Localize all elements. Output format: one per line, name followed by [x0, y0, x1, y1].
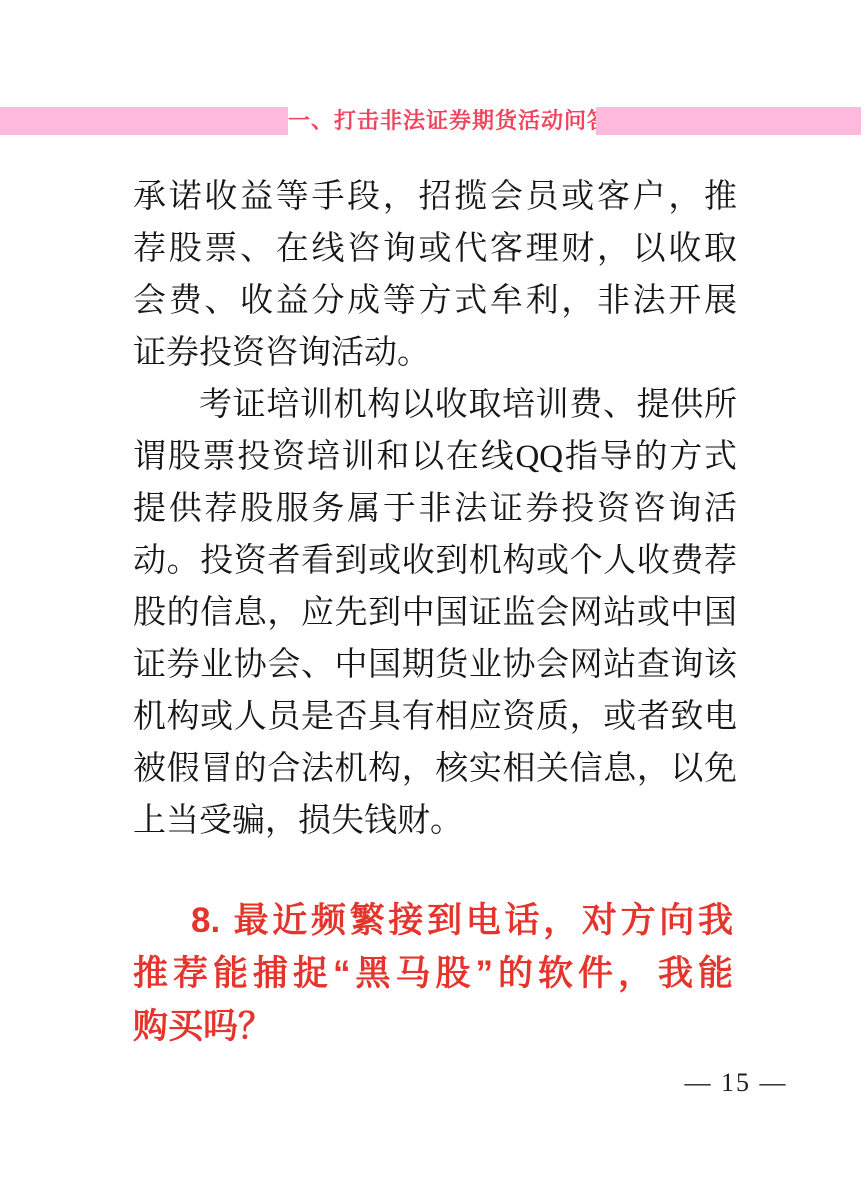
question-line: 购买吗？ — [133, 1000, 733, 1053]
body-line: 股的信息，应先到中国证监会网站或中国 — [133, 587, 737, 639]
question-heading: 8. 最近频繁接到电话，对方向我 推荐能捕捉“黑马股”的软件，我能 购买吗？ — [133, 894, 733, 1053]
document-page: 一、打击非法证券期货活动问答 承诺收益等手段，招揽会员或客户，推 荐股票、在线咨… — [0, 0, 866, 1189]
body-line: 证券业协会、中国期货业协会网站查询该 — [133, 639, 737, 691]
body-line: 上当受骗，损失钱财。 — [133, 795, 737, 847]
body-line: 证券投资咨询活动。 — [133, 327, 737, 379]
question-line: 8. 最近频繁接到电话，对方向我 — [133, 894, 733, 947]
body-line: 机构或人员是否具有相应资质，或者致电 — [133, 691, 737, 743]
body-line: 动。投资者看到或收到机构或个人收费荐 — [133, 535, 737, 587]
body-text: 承诺收益等手段，招揽会员或客户，推 荐股票、在线咨询或代客理财，以收取 会费、收… — [133, 171, 737, 847]
body-line: 考证培训机构以收取培训费、提供所 — [133, 379, 737, 431]
body-line: 荐股票、在线咨询或代客理财，以收取 — [133, 223, 737, 275]
page-number: — 15 — — [680, 1068, 792, 1098]
header-bar-right — [596, 107, 861, 135]
chapter-title: 一、打击非法证券期货活动问答 — [288, 107, 596, 135]
chapter-header: 一、打击非法证券期货活动问答 — [0, 107, 866, 135]
question-line: 推荐能捕捉“黑马股”的软件，我能 — [133, 947, 733, 1000]
header-bar-left — [0, 107, 288, 135]
body-line: 谓股票投资培训和以在线QQ指导的方式 — [133, 431, 737, 483]
body-line: 被假冒的合法机构，核实相关信息，以免 — [133, 743, 737, 795]
body-line: 承诺收益等手段，招揽会员或客户，推 — [133, 171, 737, 223]
body-line: 会费、收益分成等方式牟利，非法开展 — [133, 275, 737, 327]
body-line: 提供荐股服务属于非法证券投资咨询活 — [133, 483, 737, 535]
